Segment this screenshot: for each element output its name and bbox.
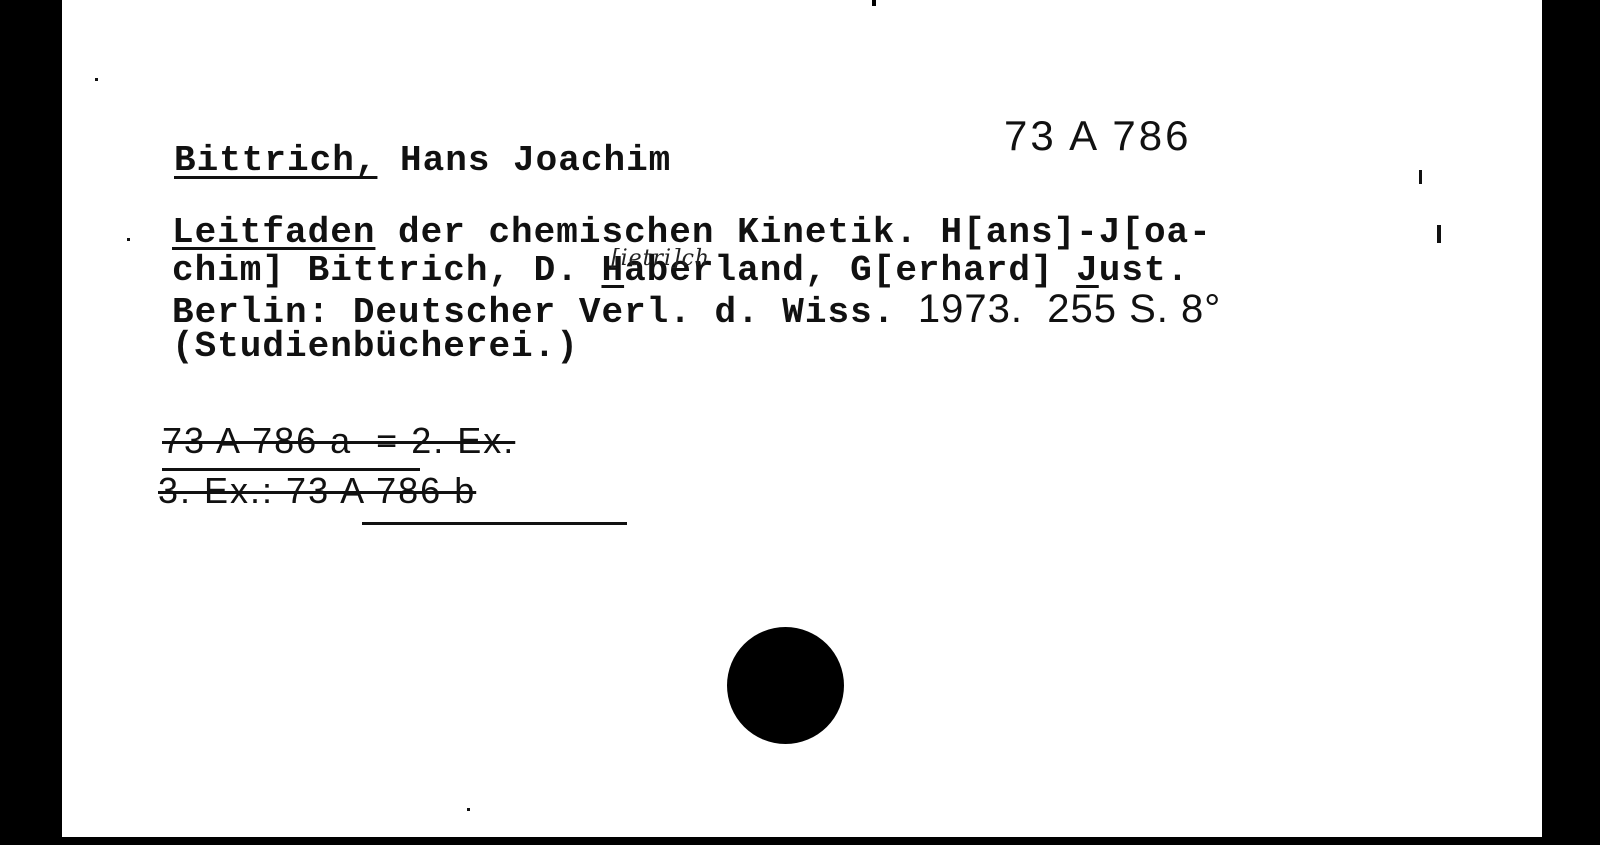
scan-artifact [872,0,876,6]
struck-copy-note-2: 3. Ex.: 73 A 786 b [158,470,476,512]
author-given-names: Hans Joachim [377,140,671,181]
struck-underline-2 [362,522,627,525]
title-keyword: Leitfaden [172,212,375,253]
coauthor-just-initial: J [1076,250,1099,291]
author-heading: Bittrich, Hans Joachim [174,140,671,181]
catalog-card: 73 A 786 Bittrich, Hans Joachim Leitfade… [62,0,1542,837]
coauthor-text: chim] Bittrich, D. [172,250,601,291]
coauthor-just-rest: ust. [1099,250,1189,291]
speck [1419,170,1422,184]
punch-hole [727,627,844,744]
series-note: (Studienbücherei.) [172,328,579,366]
speck [95,78,98,81]
handwritten-insertion: [ietri]ch [611,246,710,271]
year-pages-format: 1973. 255 S. 8° [918,287,1221,331]
title-rest: der chemischen Kinetik. H[ans]-J[oa- [375,212,1211,253]
speck [127,238,130,241]
speck [1437,225,1441,243]
struck-copy-note-1: 73 A 786 a = 2. Ex. [162,420,515,462]
author-surname: Bittrich, [174,140,377,181]
speck [467,808,470,811]
call-number: 73 A 786 [1004,112,1192,160]
